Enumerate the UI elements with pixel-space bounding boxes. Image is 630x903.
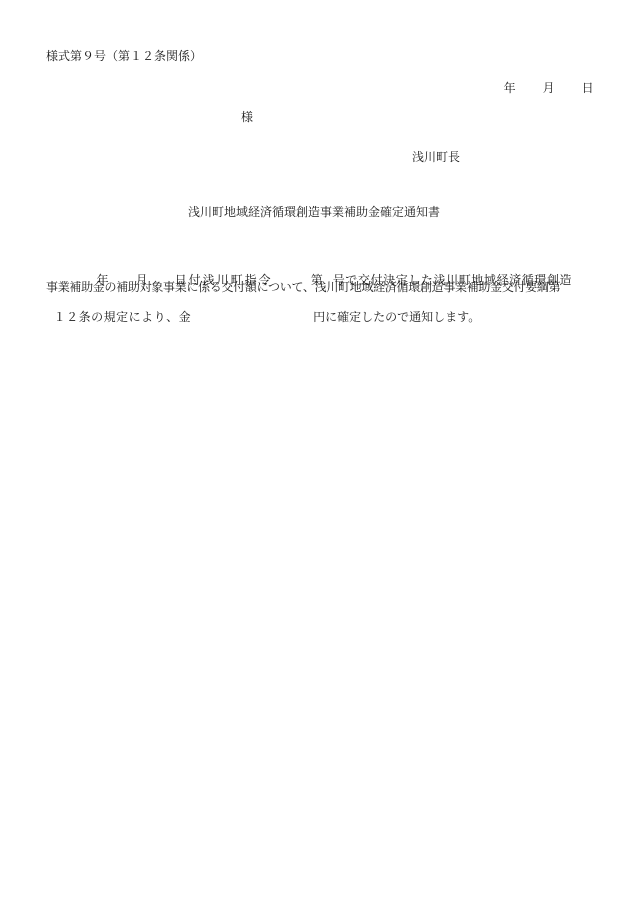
date-month-label: 月 bbox=[543, 82, 555, 94]
document-title: 浅川町地域経済循環創造事業補助金確定通知書 bbox=[188, 206, 440, 218]
date-day-label: 日 bbox=[582, 82, 594, 94]
form-number: 様式第９号（第１２条関係） bbox=[46, 50, 202, 62]
date-year-label: 年 bbox=[504, 82, 516, 94]
recipient-suffix: 様 bbox=[241, 111, 253, 123]
body-amount-prefix: １２条の規定により、金 bbox=[54, 310, 192, 324]
body-amount-suffix: 円に確定したので通知します。 bbox=[313, 310, 480, 324]
sender-name: 浅川町長 bbox=[412, 151, 460, 163]
body-line-2: 事業補助金の補助対象事業に係る交付額について、浅川町地域経済循環創造事業補助金交… bbox=[46, 281, 583, 293]
date-line: 年月日 bbox=[496, 70, 594, 94]
body-line-3: １２条の規定により、金円に確定したので通知します。 bbox=[46, 299, 583, 323]
